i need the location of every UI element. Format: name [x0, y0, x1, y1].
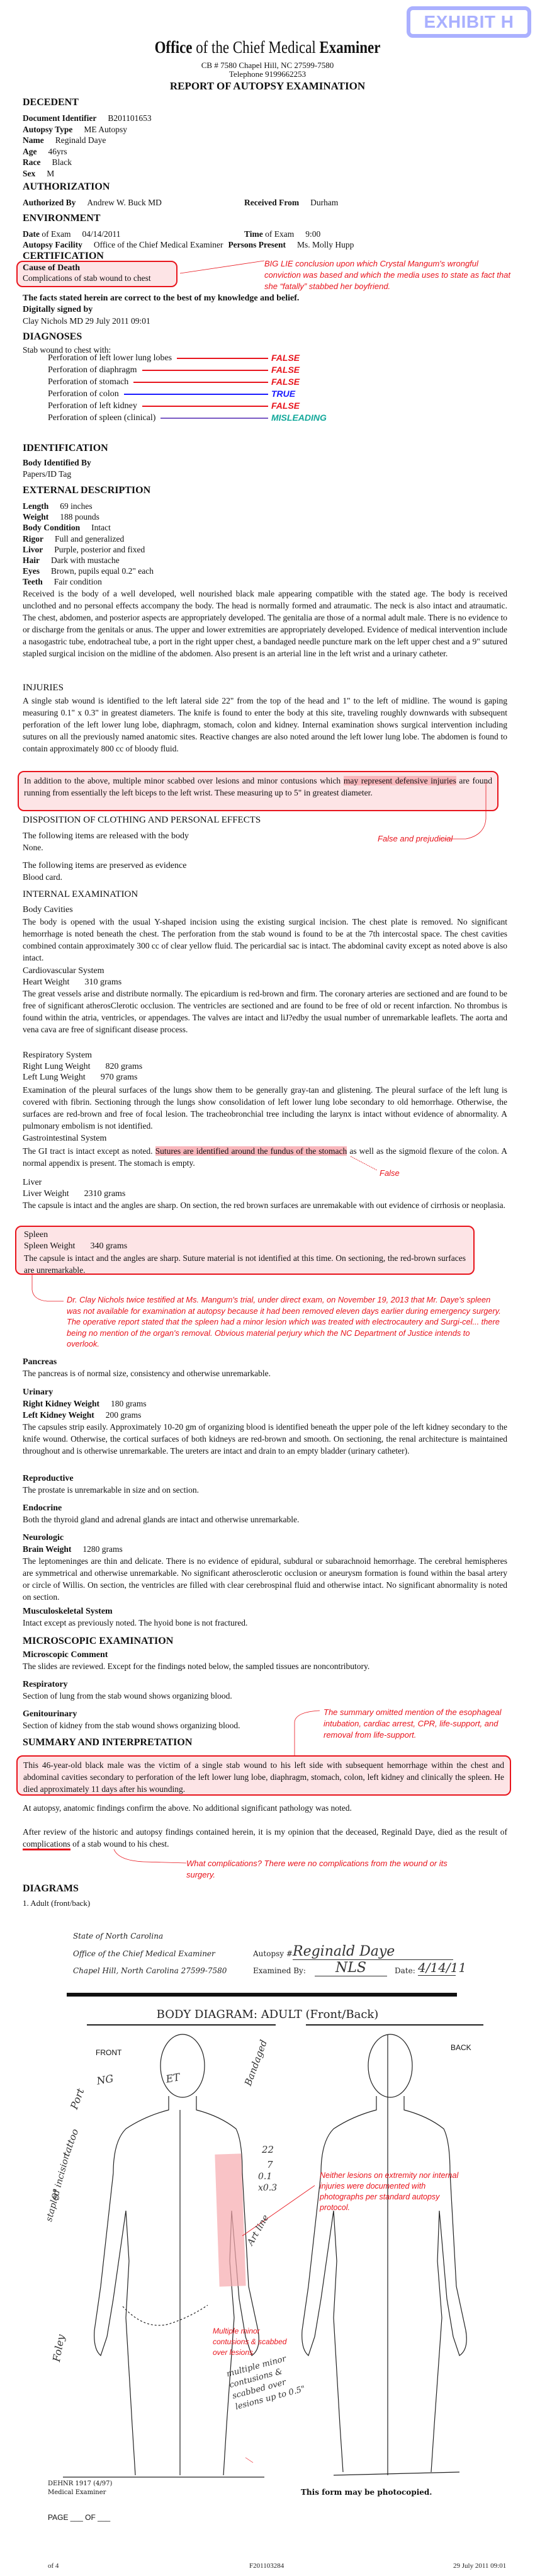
summary-opinion: After review of the historic and autopsy… — [23, 1826, 507, 1850]
page-of-field: PAGE ___ OF ___ — [48, 2513, 110, 2522]
body-identified-value: Papers/ID Tag — [23, 469, 71, 479]
footer-page: of 4 — [48, 2562, 59, 2570]
verdict-line — [124, 394, 268, 395]
field-label: Autopsy Type — [23, 125, 72, 134]
form-title: BODY DIAGRAM: ADULT (Front/Back) — [0, 2008, 535, 2021]
form-date-label: Date: — [395, 1966, 415, 1975]
diagnosis-text: Perforation of diaphragm — [48, 365, 137, 375]
micro-resp-label: Respiratory — [23, 1680, 68, 1690]
field-value: Reginald Daye — [55, 135, 106, 145]
diagrams-item: 1. Adult (front/back) — [23, 1898, 90, 1908]
signed-label: Digitally signed by — [23, 305, 93, 315]
field-value: Full and generalized — [55, 534, 124, 544]
field-label: Age — [23, 147, 37, 156]
endocrine-label: Endocrine — [23, 1503, 62, 1513]
diagnosis-text: Perforation of stomach — [48, 377, 128, 387]
musculoskeletal-text: Intact except as previously noted. The h… — [23, 1618, 247, 1628]
form-autopsy-label: Autopsy # — [253, 1949, 293, 1958]
field-row: Autopsy TypeME Autopsy — [23, 125, 127, 135]
field-label: Livor — [23, 545, 43, 554]
verdict-label: FALSE — [271, 352, 300, 364]
field-value: Dark with mustache — [51, 556, 120, 565]
reproductive-label: Reproductive — [23, 1474, 74, 1484]
footer-date: 29 July 2011 09:01 — [453, 2562, 506, 2570]
left-kidney-weight: Left Kidney Weight200 grams — [23, 1410, 141, 1420]
field-row: RaceBlack — [23, 157, 72, 168]
resp-text: Examination of the pleural surfaces of t… — [23, 1084, 507, 1132]
annotation-leader-line — [28, 1275, 66, 1306]
form-state: State of North Carolina — [73, 1932, 163, 1941]
neurologic-label: Neurologic — [23, 1533, 64, 1543]
field-label: Hair — [23, 556, 40, 565]
right-lung-weight: Right Lung Weight820 grams — [23, 1062, 142, 1072]
field-row: SexM — [23, 169, 54, 179]
right-kidney-weight: Right Kidney Weight180 grams — [23, 1399, 147, 1409]
field-row: NameReginald Daye — [23, 135, 106, 145]
report-title: REPORT OF AUTOPSY EXAMINATION — [0, 80, 535, 93]
body-cavities-text: The body is opened with the usual Y-shap… — [23, 916, 507, 964]
field-value: Intact — [91, 523, 111, 532]
verdict-label: FALSE — [271, 364, 300, 376]
field-value: Brown, pupils equal 0.2" each — [51, 566, 154, 576]
internal-heading: INTERNAL EXAMINATION — [23, 889, 138, 900]
handwritten-note: 0.1 — [258, 2172, 272, 2182]
authorization-heading: AUTHORIZATION — [23, 181, 110, 193]
multiple-contusions-annotation: Multiple minor contusions & scabbed over… — [213, 2326, 295, 2358]
injuries-text: A single stab wound is identified to the… — [23, 695, 507, 755]
micro-gu-label: Genitourinary — [23, 1709, 77, 1719]
diagnosis-item: Perforation of spleen (clinical)MISLEADI… — [48, 412, 337, 424]
office-title: Office of the Chief Medical Examiner — [40, 38, 495, 57]
reproductive-text: The prostate is unremarkable in size and… — [23, 1485, 199, 1495]
diagnosis-item: Perforation of left lower lung lobesFALS… — [48, 352, 337, 364]
gi-label: Gastrointestinal System — [23, 1134, 106, 1144]
verdict-label: MISLEADING — [271, 412, 327, 424]
field-row: Weight188 pounds — [23, 512, 99, 522]
diagnosis-text: Perforation of left lower lung lobes — [48, 353, 172, 363]
field-value: ME Autopsy — [84, 125, 127, 134]
received-from-row: Received FromDurham — [244, 198, 338, 208]
field-row: TeethFair condition — [23, 577, 102, 587]
decedent-heading: DECEDENT — [23, 97, 79, 108]
summary-text: This 46-year-old black male was the vict… — [23, 1759, 504, 1795]
verdict-line — [133, 382, 268, 383]
form-divider — [67, 1993, 457, 1997]
micro-gu-text: Section of kidney from the stab wound sh… — [23, 1721, 240, 1731]
field-row: Document IdentifierB201101653 — [23, 113, 152, 123]
body-identified-label: Body Identified By — [23, 458, 91, 468]
diagnoses-heading: DIAGNOSES — [23, 331, 82, 343]
field-row: RigorFull and generalized — [23, 534, 124, 544]
form-examined-label: Examined By: — [253, 1966, 306, 1975]
microscopic-comment: The slides are reviewed. Except for the … — [23, 1661, 369, 1672]
form-office: Office of the Chief Medical Examiner — [73, 1949, 215, 1958]
annotation-leader-line — [290, 1707, 327, 1757]
form-examined-handwriting: NLS — [315, 1960, 387, 1976]
photocopy-note: This form may be photocopied. — [301, 2488, 432, 2497]
authorized-by-row: Authorized ByAndrew W. Buck MD — [23, 198, 162, 208]
identification-heading: IDENTIFICATION — [23, 443, 108, 454]
signature: Clay Nichols MD 29 July 2011 09:01 — [23, 316, 150, 326]
cause-of-death-value: Complications of stab wound to chest — [23, 273, 171, 283]
musculoskeletal-label: Musculoskeletal System — [23, 1607, 113, 1617]
complications-annotation: What complications? There were no compli… — [186, 1858, 476, 1881]
microscopic-comment-label: Microscopic Comment — [23, 1650, 108, 1660]
handwritten-note: 22 — [262, 2144, 274, 2155]
exhibit-badge: EXHIBIT H — [407, 6, 531, 38]
spleen-perjury-annotation: Dr. Clay Nichols twice testified at Ms. … — [67, 1294, 501, 1350]
false-prejudicial-annotation: False and prejudicial — [378, 833, 453, 845]
liver-text: The capsule is intact and the angles are… — [23, 1199, 507, 1211]
released-label: The following items are released with th… — [23, 831, 189, 841]
cause-of-death-label: Cause of Death — [23, 263, 171, 273]
neurologic-text: The leptomeninges are thin and delicate.… — [23, 1555, 507, 1603]
field-value: M — [47, 169, 54, 178]
cardio-text: The great vessels arise and distribute n… — [23, 988, 507, 1035]
verdict-line — [177, 358, 268, 359]
released-value: None. — [23, 843, 43, 853]
micro-resp-text: Section of lung from the stab wound show… — [23, 1691, 232, 1701]
environment-heading: ENVIRONMENT — [23, 213, 101, 224]
office-telephone: Telephone 9199662253 — [0, 69, 535, 79]
gi-text: The GI tract is intact except as noted. … — [23, 1145, 507, 1169]
form-office-footer: Medical Examiner — [48, 2489, 106, 2496]
field-row: LivorPurple, posterior and fixed — [23, 545, 145, 555]
endocrine-text: Both the thyroid gland and adrenal gland… — [23, 1515, 299, 1525]
verdict-label: TRUE — [271, 388, 295, 400]
diagnosis-text: Perforation of spleen (clinical) — [48, 413, 155, 423]
diagnosis-item: Perforation of diaphragmFALSE — [48, 364, 337, 376]
verdict-label: FALSE — [271, 376, 300, 388]
big-lie-annotation: BIG LIE conclusion upon which Crystal Ma… — [264, 258, 516, 292]
field-label: Length — [23, 501, 48, 511]
preserved-label: The following items are preserved as evi… — [23, 861, 186, 871]
field-label: Name — [23, 135, 44, 145]
pancreas-text: The pancreas is of normal size, consiste… — [23, 1369, 271, 1379]
summary-heading: SUMMARY AND INTERPRETATION — [23, 1737, 192, 1748]
field-value: 69 inches — [60, 501, 92, 511]
annotation-leader-line — [177, 258, 266, 277]
liver-weight: Liver Weight2310 grams — [23, 1189, 125, 1199]
time-of-exam-row: Time of Exam9:00 — [244, 229, 320, 239]
diagnoses-list: Perforation of left lower lung lobesFALS… — [48, 352, 337, 424]
field-row: EyesBrown, pupils equal 0.2" each — [23, 566, 154, 576]
summary-omission-annotation: The summary omitted mention of the esoph… — [324, 1707, 512, 1741]
microscopic-heading: MICROSCOPIC EXAMINATION — [23, 1636, 173, 1647]
form-city: Chapel Hill, North Carolina 27599-7580 — [73, 1966, 227, 1975]
field-row: Age46yrs — [23, 147, 67, 157]
diagnosis-text: Perforation of left kidney — [48, 401, 137, 411]
disposition-heading: DISPOSITION OF CLOTHING AND PERSONAL EFF… — [23, 815, 261, 826]
left-lung-weight: Left Lung Weight970 grams — [23, 1073, 137, 1083]
preserved-value: Blood card. — [23, 872, 62, 882]
diagrams-heading: DIAGRAMS — [23, 1883, 79, 1895]
office-address: CB # 7580 Chapel Hill, NC 27599-7580 — [0, 60, 535, 70]
highlight-sutures: Sutures are identified around the fundus… — [155, 1146, 347, 1156]
handwritten-note: x0.3 — [258, 2183, 277, 2193]
brain-weight: Brain Weight1280 grams — [23, 1544, 123, 1554]
footer-id: F201103284 — [249, 2562, 284, 2570]
urinary-label: Urinary — [23, 1388, 53, 1398]
external-heading: EXTERNAL DESCRIPTION — [23, 485, 150, 496]
field-row: HairDark with mustache — [23, 556, 120, 566]
field-row: Length69 inches — [23, 501, 93, 511]
injuries-heading: INJURIES — [23, 683, 64, 693]
date-of-exam-row: Date of Exam04/14/2011 — [23, 229, 121, 239]
field-label: Rigor — [23, 534, 43, 544]
field-value: 188 pounds — [60, 512, 99, 521]
field-label: Weight — [23, 512, 48, 521]
spleen-text: The capsule is intact and the angles are… — [24, 1252, 466, 1276]
field-value: B201101653 — [108, 113, 151, 123]
verdict-label: FALSE — [271, 400, 300, 412]
field-label: Eyes — [23, 566, 40, 576]
form-autopsy-handwriting: Reginald Daye — [293, 1944, 453, 1960]
handwritten-note: ET — [165, 2071, 181, 2085]
field-label: Body Condition — [23, 523, 80, 532]
extremity-annotation: Neither lesions on extremity nor interna… — [320, 2170, 461, 2213]
diagnosis-text: Perforation of colon — [48, 389, 119, 399]
annotation-leader-line — [112, 1849, 188, 1868]
diagnosis-item: Perforation of left kidneyFALSE — [48, 400, 337, 412]
handwritten-note: 7 — [267, 2159, 273, 2170]
summary-confirm: At autopsy, anatomic findings confirm th… — [23, 1803, 352, 1813]
urinary-text: The capsules strip easily. Approximately… — [23, 1421, 507, 1457]
external-description: Received is the body of a well developed… — [23, 588, 507, 659]
summary-box: This 46-year-old black male was the vict… — [16, 1755, 511, 1796]
field-value: Purple, posterior and fixed — [54, 545, 145, 554]
diagnosis-item: Perforation of stomachFALSE — [48, 376, 337, 388]
verdict-line — [160, 418, 268, 419]
verdict-line — [142, 406, 268, 407]
field-value: 46yrs — [48, 147, 67, 156]
field-value: Fair condition — [54, 577, 102, 586]
pancreas-label: Pancreas — [23, 1357, 57, 1367]
attestation: The facts stated herein are correct to t… — [23, 294, 299, 304]
annotation-leader-line — [349, 1155, 381, 1174]
heart-weight: Heart Weight310 grams — [23, 977, 121, 988]
field-value: Black — [52, 157, 72, 167]
spleen-box: Spleen Spleen Weight340 grams The capsul… — [15, 1226, 475, 1275]
field-label: Document Identifier — [23, 113, 96, 123]
spleen-weight: Spleen Weight340 grams — [24, 1241, 466, 1252]
field-row: Body ConditionIntact — [23, 523, 111, 533]
cause-of-death-box: Cause of Death Complications of stab wou… — [16, 261, 177, 287]
field-label: Teeth — [23, 577, 43, 586]
body-cavities-label: Body Cavities — [23, 905, 73, 915]
field-label: Race — [23, 157, 40, 167]
liver-label: Liver — [23, 1178, 42, 1188]
form-number: DEHNR 1917 (4/97) — [48, 2480, 112, 2487]
verdict-line — [142, 370, 268, 371]
gi-false-annotation: False — [380, 1168, 400, 1179]
field-label: Sex — [23, 169, 35, 178]
resp-label: Respiratory System — [23, 1051, 92, 1061]
facility-row: Autopsy FacilityOffice of the Chief Medi… — [23, 240, 354, 250]
diagnosis-item: Perforation of colonTRUE — [48, 388, 337, 400]
cardio-label: Cardiovascular System — [23, 966, 104, 976]
complications-underline: complications — [23, 1839, 70, 1850]
form-date-handwriting: 4/14/11 — [418, 1960, 456, 1976]
spleen-label: Spleen — [24, 1229, 466, 1241]
